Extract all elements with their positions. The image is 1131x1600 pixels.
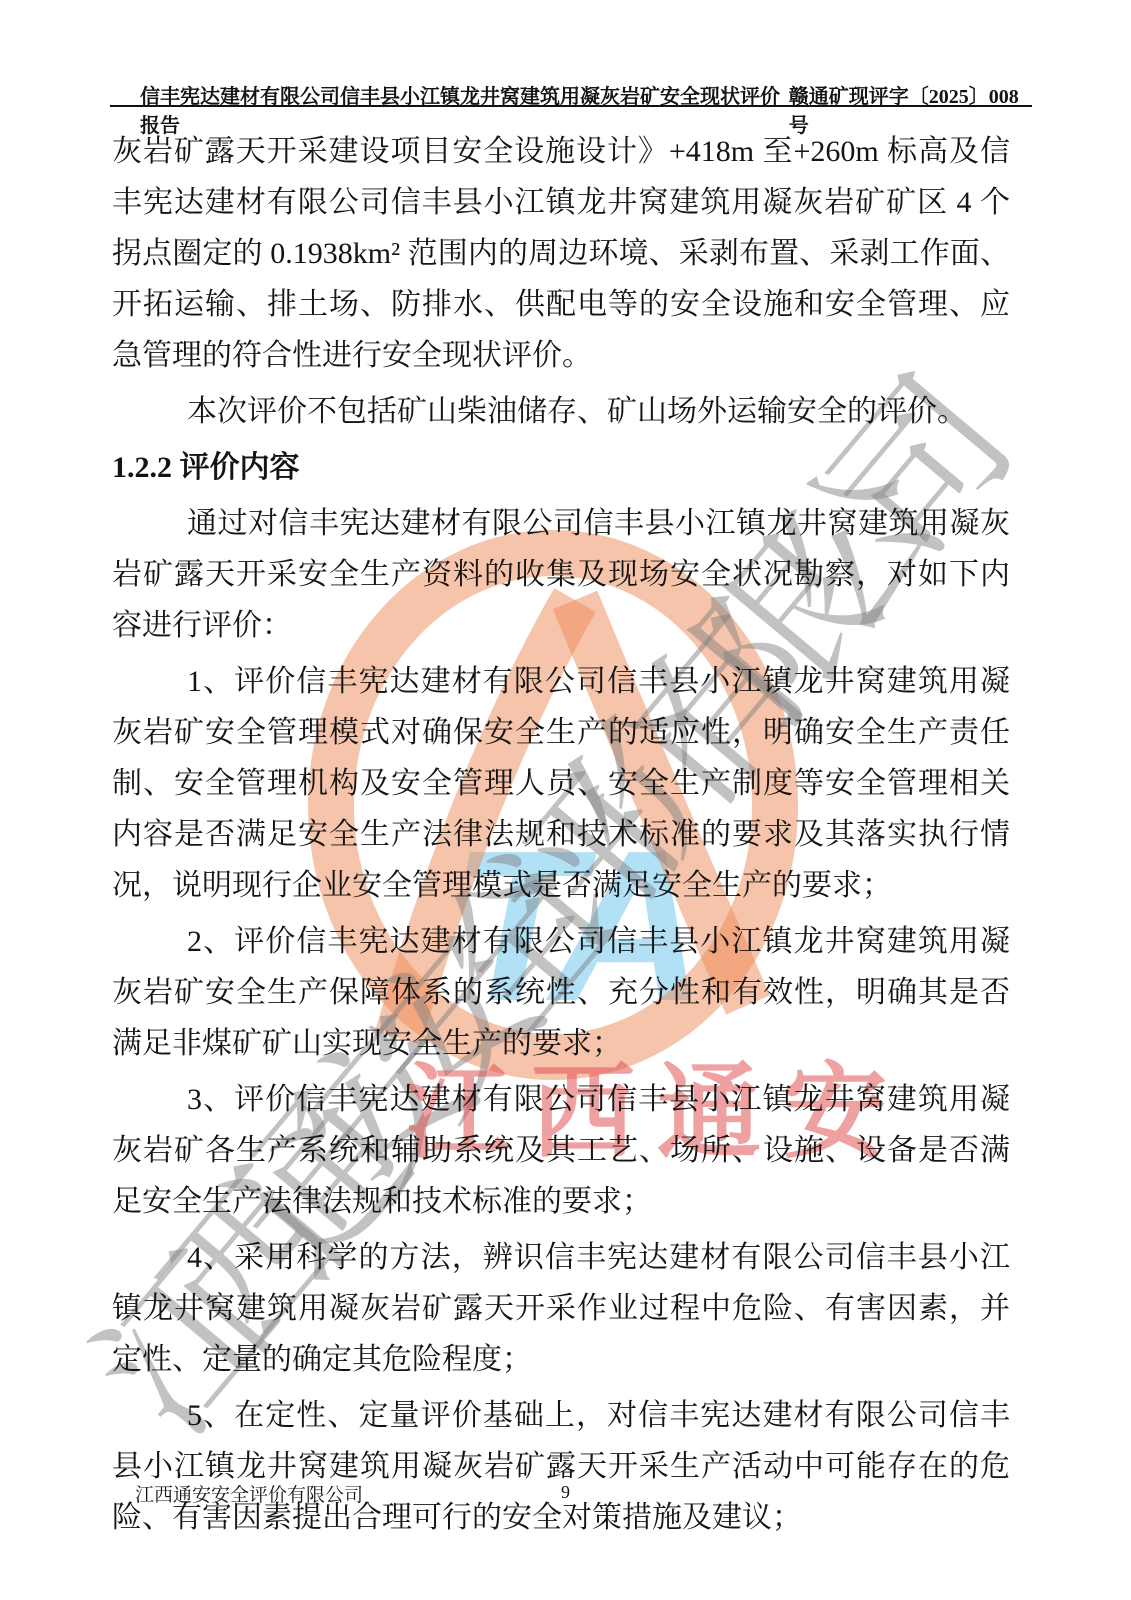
- document-page: TA 江西通安安全评价有限公司 江西通安 信丰宪达建材有限公司信丰县小江镇龙井窝…: [0, 0, 1131, 1600]
- header-doc-number: 赣通矿现评字〔2025〕008 号: [789, 80, 1032, 138]
- document-body: 灰岩矿露天开采建设项目安全设施设计》+418m 至+260m 标高及信丰宪达建材…: [112, 126, 1010, 1548]
- page-header: 信丰宪达建材有限公司信丰县小江镇龙井窝建筑用凝灰岩矿安全现状评价报告 赣通矿现评…: [112, 80, 1032, 138]
- page-footer: 江西通安安全评价有限公司 9: [0, 1480, 1131, 1510]
- paragraph-continuation: 灰岩矿露天开采建设项目安全设施设计》+418m 至+260m 标高及信丰宪达建材…: [112, 126, 1010, 381]
- section-heading-1-2-2: 1.2.2 评价内容: [112, 442, 1010, 493]
- paragraph-item-4: 4、采用科学的方法，辨识信丰宪达建材有限公司信丰县小江镇龙井窝建筑用凝灰岩矿露天…: [112, 1232, 1010, 1385]
- page-number: 9: [0, 1482, 1131, 1503]
- paragraph-item-3: 3、评价信丰宪达建材有限公司信丰县小江镇龙井窝建筑用凝灰岩矿各生产系统和辅助系统…: [112, 1074, 1010, 1227]
- paragraph-scope-note: 本次评价不包括矿山柴油储存、矿山场外运输安全的评价。: [112, 386, 1010, 437]
- paragraph-item-5: 5、在定性、定量评价基础上，对信丰宪达建材有限公司信丰县小江镇龙井窝建筑用凝灰岩…: [112, 1390, 1010, 1543]
- paragraph-item-1: 1、评价信丰宪达建材有限公司信丰县小江镇龙井窝建筑用凝灰岩矿安全管理模式对确保安…: [112, 656, 1010, 911]
- header-report-title: 信丰宪达建材有限公司信丰县小江镇龙井窝建筑用凝灰岩矿安全现状评价报告: [112, 80, 789, 138]
- paragraph-item-2: 2、评价信丰宪达建材有限公司信丰县小江镇龙井窝建筑用凝灰岩矿安全生产保障体系的系…: [112, 916, 1010, 1069]
- paragraph-intro: 通过对信丰宪达建材有限公司信丰县小江镇龙井窝建筑用凝灰岩矿露天开采安全生产资料的…: [112, 498, 1010, 651]
- header-divider-line: [110, 105, 1032, 107]
